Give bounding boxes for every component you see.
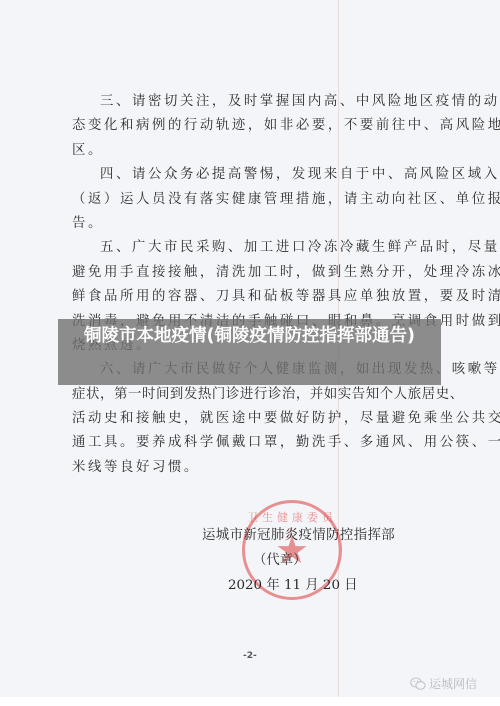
paragraph-3-line-3: 区。 [72,139,454,163]
paragraph-4-line-3: 告。 [72,212,454,236]
document-body: 三、请密切关注，及时掌握国内高、中风险地区疫情的动 态变化和病例的行动轨迹，如非… [72,90,454,480]
paragraph-5-line-1: 五、广大市民采购、加工进口冷冻冷藏生鲜产品时，尽量 [72,236,454,260]
article-title: 铜陵市本地疫情(铜陵疫情防控指挥部通告) [58,324,441,348]
paragraph-3-line-2: 态变化和病例的行动轨迹，如非必要，不要前往中、高风险地 [72,114,454,138]
paragraph-5-line-2: 避免用手直接接触，清洗加工时，做到生熟分开，处理冷冻冰 [72,261,454,285]
watermark-label: 运城网信 [429,675,477,692]
signature-date: 2020 年 11 月 20 日 [228,574,358,593]
paragraph-3-line-1: 三、请密切关注，及时掌握国内高、中风险地区疫情的动 [72,90,454,114]
seal-note: （代章） [253,549,307,568]
bottom-margin [0,697,500,706]
paragraph-5-line-3: 鲜食品所用的容器、刀具和砧板等器具应单独放置，要及时清 [72,285,454,309]
paragraph-6-line-3: 活动史和接触史，就医途中要做好防护，尽量避免乘坐公共交 [72,407,454,431]
signing-organization: 运城市新冠肺炎疫情防控指挥部 [202,524,395,543]
paragraph-4-line-2: （返）运人员没有落实健康管理措施，请主动向社区、单位报 [72,188,454,212]
source-watermark: 运城网信 [410,675,477,692]
wechat-icon [410,677,426,691]
title-overlay: 铜陵市本地疫情(铜陵疫情防控指挥部通告) [58,319,441,385]
paragraph-4-line-1: 四、请公众务必提高警惕，发现来自于中、高风险区域入 [72,163,454,187]
page-number: -2- [243,651,257,661]
document-page: 三、请密切关注，及时掌握国内高、中风险地区疫情的动 态变化和病例的行动轨迹，如非… [0,0,500,697]
paragraph-6-line-2: 症状，第一时间到发热门诊进行诊治，并如实告知个人旅居史、 [72,383,454,407]
signature-block: 卫生健康委员会 ★ 运城市新冠肺炎疫情防控指挥部 （代章） 2020 年 11 … [180,510,430,610]
paragraph-6-line-5: 米线等良好习惯。 [72,456,454,480]
paragraph-6-line-4: 通工具。要养成科学佩戴口罩，勤洗手、多通风、用公筷、一 [72,431,454,455]
